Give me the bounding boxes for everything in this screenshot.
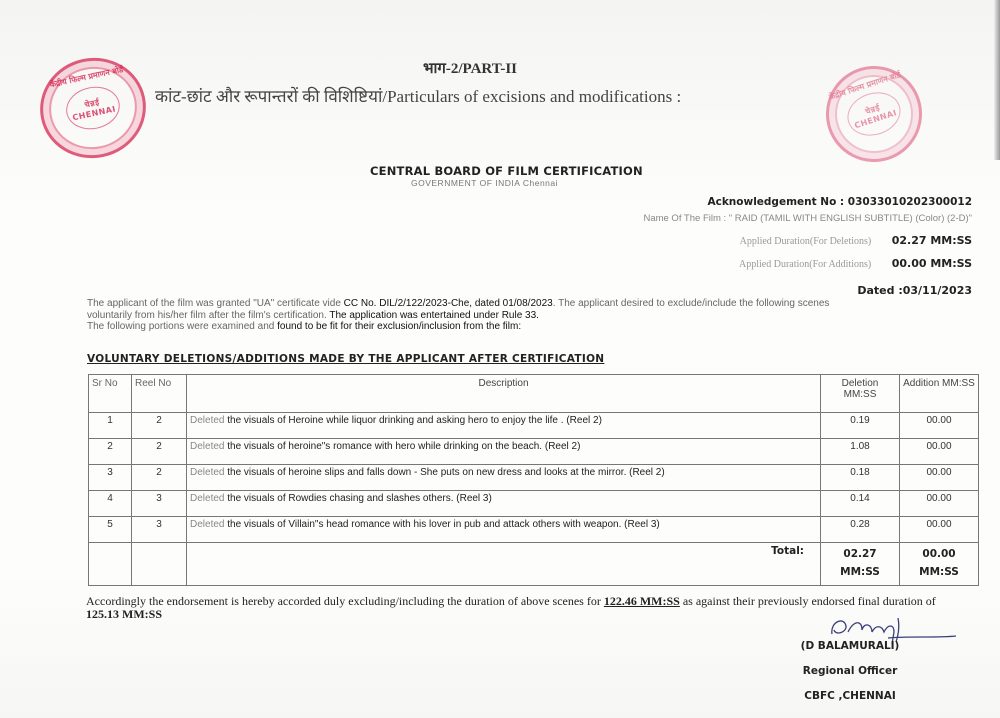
cell-description: Deleted the visuals of Villain"s head ro… (187, 517, 821, 543)
section-heading: VOLUNTARY DELETIONS/ADDITIONS MADE BY TH… (87, 353, 604, 365)
cell-reel-no: 3 (132, 517, 187, 543)
applied-deletions-label: Applied Duration(For Deletions) (740, 236, 872, 247)
total-addition-unit: MM:SS (903, 563, 975, 581)
cell-deletion: 0.18 (821, 465, 900, 491)
total-deletion-unit: MM:SS (824, 563, 896, 581)
table-header-row: Sr No Reel No Description Deletion MM:SS… (89, 375, 979, 413)
table-row: 43Deleted the visuals of Rowdies chasing… (89, 491, 979, 517)
total-deletion-value: 02.27 (824, 545, 896, 563)
description-prefix: Deleted (190, 441, 224, 452)
description-text: the visuals of Heroine while liquor drin… (224, 415, 601, 426)
cell-description: Deleted the visuals of heroine slips and… (187, 465, 821, 491)
table-row: 53Deleted the visuals of Villain"s head … (89, 517, 979, 543)
signatory-name: (D BALAMURALI) (780, 640, 920, 665)
description-prefix: Deleted (190, 467, 224, 478)
cell-deletion: 1.08 (821, 439, 900, 465)
endorsed-duration: 122.46 MM:SS (604, 594, 680, 608)
cell-reel-no: 3 (132, 491, 187, 517)
cell-sr-no: 1 (89, 413, 132, 439)
cell-sr-no: 5 (89, 517, 132, 543)
signatory-block: (D BALAMURALI) Regional Officer CBFC ,CH… (780, 640, 920, 715)
cell-reel-no: 2 (132, 413, 187, 439)
rule-reference: The application was entertained under Ru… (327, 310, 539, 321)
organization-name: CENTRAL BOARD OF FILM CERTIFICATION (370, 164, 643, 178)
header-reel-no: Reel No (132, 375, 187, 413)
description-prefix: Deleted (190, 415, 224, 426)
table-row: 12Deleted the visuals of Heroine while l… (89, 413, 979, 439)
cell-addition: 00.00 (900, 439, 979, 465)
page-edge (994, 0, 1000, 160)
header-deletion: Deletion MM:SS (821, 375, 900, 413)
intro-text: voluntarily from his/her film after the … (87, 310, 327, 321)
particulars-heading: कांट-छांट और रूपान्तरों की विशिष्टियां/P… (155, 84, 681, 107)
intro-text: The following portions were examined and (87, 321, 277, 332)
intro-paragraph: The applicant of the film was granted "U… (87, 298, 987, 333)
acknowledgement-number: Acknowledgement No : 03033010202300012 (707, 196, 972, 208)
film-name: Name Of The Film : " RAID (TAMIL WITH EN… (643, 213, 972, 224)
cell-sr-no: 3 (89, 465, 132, 491)
description-text: the visuals of Villain"s head romance wi… (224, 519, 659, 530)
cell-sr-no: 2 (89, 439, 132, 465)
header-addition: Addition MM:SS (900, 375, 979, 413)
header-sr-no: Sr No (89, 375, 132, 413)
table-row: 22Deleted the visuals of heroine"s roman… (89, 439, 979, 465)
dated-value: 03/11/2023 (903, 284, 972, 297)
acknowledgement-label: Acknowledgement No : (707, 196, 844, 208)
applied-duration-additions: Applied Duration(For Additions) 00.00 MM… (739, 257, 972, 270)
final-duration: 125.13 MM:SS (86, 607, 162, 621)
total-empty-cell (132, 543, 187, 586)
cell-reel-no: 2 (132, 465, 187, 491)
total-deletion: 02.27 MM:SS (821, 543, 900, 586)
description-text: the visuals of heroine"s romance with he… (224, 441, 580, 452)
intro-text: The applicant of the film was granted "U… (87, 298, 344, 309)
cell-addition: 00.00 (900, 465, 979, 491)
endorsement-text: as against their previously endorsed fin… (680, 594, 936, 608)
table-row: 32Deleted the visuals of heroine slips a… (89, 465, 979, 491)
cell-description: Deleted the visuals of Rowdies chasing a… (187, 491, 821, 517)
description-prefix: Deleted (190, 519, 224, 530)
description-text: the visuals of heroine slips and falls d… (224, 467, 664, 478)
certificate-reference: CC No. DIL/2/122/2023-Che, dated 01/08/2… (344, 298, 553, 309)
cell-reel-no: 2 (132, 439, 187, 465)
applied-additions-value: 00.00 MM:SS (892, 257, 972, 270)
total-empty-cell (89, 543, 132, 586)
organization-subtitle: GOVERNMENT OF INDIA Chennai (411, 178, 558, 188)
cell-deletion: 0.14 (821, 491, 900, 517)
dated: Dated :03/11/2023 (857, 284, 972, 297)
applied-duration-deletions: Applied Duration(For Deletions) 02.27 MM… (740, 234, 972, 247)
film-name-label: Name Of The Film : (643, 213, 726, 224)
description-text: the visuals of Rowdies chasing and slash… (224, 493, 491, 504)
film-name-value: " RAID (TAMIL WITH ENGLISH SUBTITLE) (Co… (729, 213, 972, 224)
cell-deletion: 0.28 (821, 517, 900, 543)
part-title: भाग-2/PART-II (0, 58, 940, 78)
intro-text: . The applicant desired to exclude/inclu… (553, 298, 830, 309)
cell-addition: 00.00 (900, 413, 979, 439)
total-addition: 00.00 MM:SS (900, 543, 979, 586)
signatory-designation: Regional Officer (780, 665, 920, 690)
cell-description: Deleted the visuals of Heroine while liq… (187, 413, 821, 439)
total-addition-value: 00.00 (903, 545, 975, 563)
cell-addition: 00.00 (900, 517, 979, 543)
acknowledgement-value: 03033010202300012 (848, 196, 972, 208)
description-prefix: Deleted (190, 493, 224, 504)
seal-center-text: चेन्नई CHENNAI (62, 82, 124, 134)
cell-sr-no: 4 (89, 491, 132, 517)
signatory-office: CBFC ,CHENNAI (780, 690, 920, 715)
applied-deletions-value: 02.27 MM:SS (892, 234, 972, 247)
total-row: Total: 02.27 MM:SS 00.00 MM:SS (89, 543, 979, 586)
intro-text: found to be fit for their exclusion/incl… (277, 321, 521, 332)
endorsement-text: Accordingly the endorsement is hereby ac… (86, 594, 604, 608)
header-description: Description (187, 375, 821, 413)
applied-additions-label: Applied Duration(For Additions) (739, 259, 871, 270)
dated-label: Dated : (857, 284, 902, 297)
total-label: Total: (187, 543, 821, 586)
excisions-table: Sr No Reel No Description Deletion MM:SS… (88, 374, 979, 586)
cell-deletion: 0.19 (821, 413, 900, 439)
cell-addition: 00.00 (900, 491, 979, 517)
cell-description: Deleted the visuals of heroine"s romance… (187, 439, 821, 465)
